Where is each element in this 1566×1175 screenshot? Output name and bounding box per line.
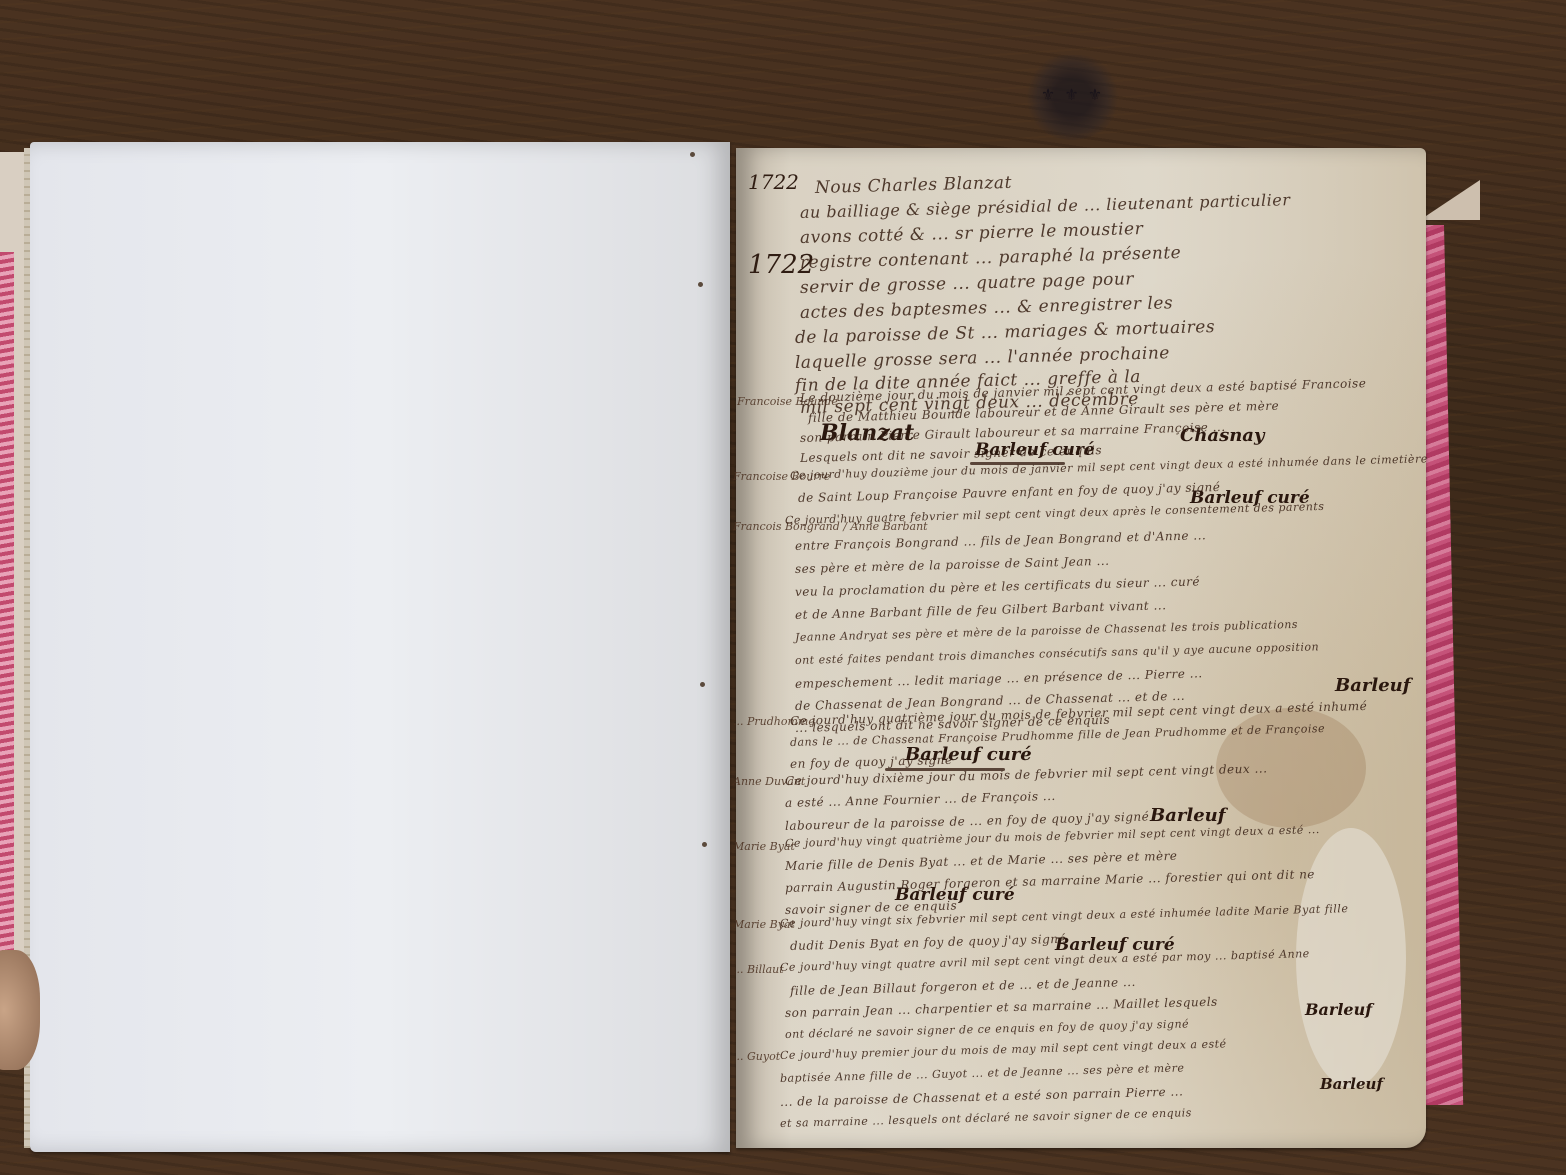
signature-curate: Barleuf curé [905, 744, 1032, 765]
signature-curate: Barleuf [1335, 675, 1410, 696]
fleur-de-lis-icon: ⚜ ⚜ ⚜ [1025, 85, 1120, 104]
entry-margin-name: ... Guyot [733, 1050, 780, 1063]
pinhole [690, 152, 695, 157]
signature-curate: Barleuf [1305, 1000, 1372, 1019]
pinhole [700, 682, 705, 687]
signature-curate: Barleuf [1320, 1075, 1383, 1093]
signature-curate: Barleuf [1150, 805, 1225, 826]
pinhole [698, 282, 703, 287]
holding-thumb [0, 950, 40, 1070]
year-margin-top: 1722 [748, 170, 799, 194]
left-page-blank [30, 142, 730, 1152]
ink-seal-stamp: ⚜ ⚜ ⚜ [1025, 55, 1120, 140]
pinhole [702, 842, 707, 847]
cover-corner-flap [1420, 180, 1480, 220]
left-cover-marbled-paper [0, 252, 14, 952]
entry-margin-name: ... Billaut [733, 963, 784, 976]
signature-curate: Barleuf curé [975, 440, 1095, 460]
signature-curate: Barleuf curé [895, 885, 1015, 905]
